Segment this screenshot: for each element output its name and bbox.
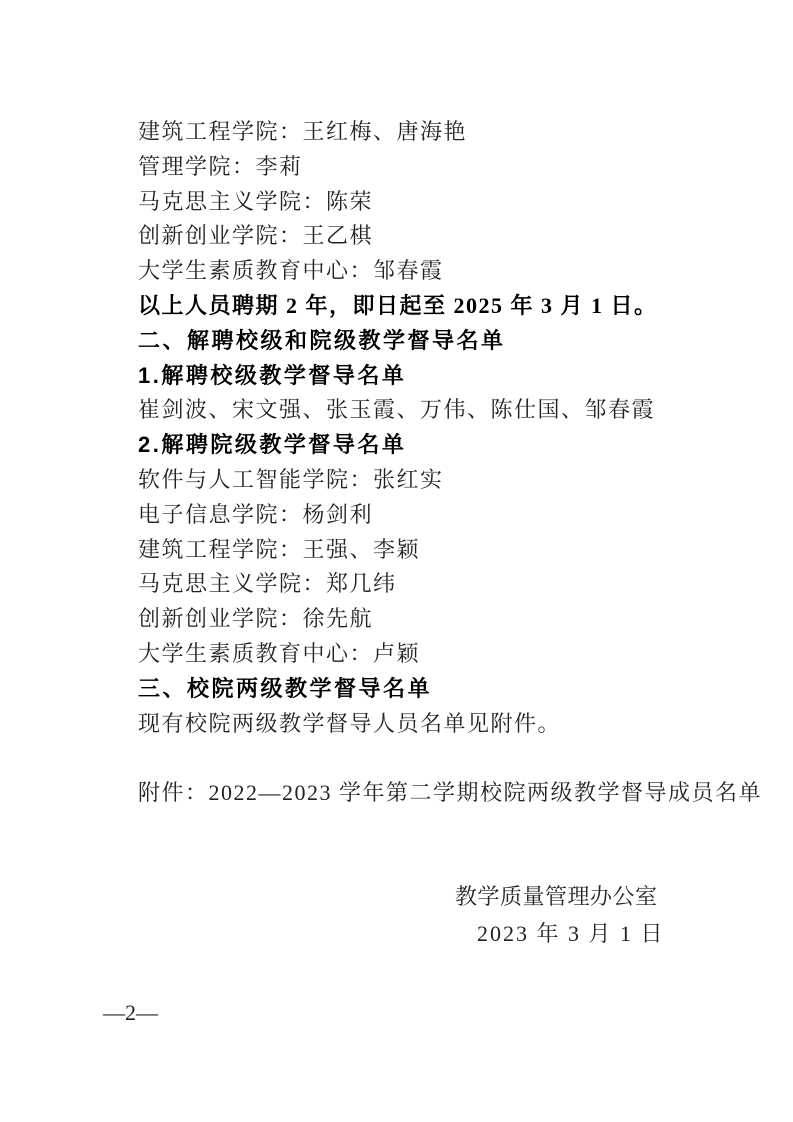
name-list-line: 崔剑波、宋文强、张玉霞、万伟、陈仕国、邹春霞 [138, 393, 738, 428]
department-line: 建筑工程学院：王强、李颖 [138, 533, 738, 568]
signature-office: 教学质量管理办公室 [455, 880, 658, 911]
department-line: 马克思主义学院：陈荣 [138, 185, 738, 220]
section-heading-3: 三、校院两级教学督导名单 [138, 672, 738, 707]
blank-line [138, 741, 738, 776]
attachment-line: 附件：2022—2023 学年第二学期校院两级教学督导成员名单 [138, 776, 738, 811]
department-line: 大学生素质教育中心：卢颖 [138, 637, 738, 672]
reference-line: 现有校院两级教学督导人员名单见附件。 [138, 707, 738, 742]
department-line: 软件与人工智能学院：张红实 [138, 463, 738, 498]
subsection-heading-1: 1.解聘校级教学督导名单 [138, 359, 738, 394]
signature-date: 2023 年 3 月 1 日 [477, 917, 665, 948]
department-line: 创新创业学院：徐先航 [138, 602, 738, 637]
term-statement: 以上人员聘期 2 年，即日起至 2025 年 3 月 1 日。 [138, 289, 738, 324]
subsection-heading-2: 2.解聘院级教学督导名单 [138, 428, 738, 463]
department-line: 马克思主义学院：郑几纬 [138, 567, 738, 602]
department-line: 大学生素质教育中心：邹春霞 [138, 254, 738, 289]
document-body: 建筑工程学院：王红梅、唐海艳 管理学院：李莉 马克思主义学院：陈荣 创新创业学院… [138, 115, 738, 811]
department-line: 电子信息学院：杨剑利 [138, 498, 738, 533]
section-heading-2: 二、解聘校级和院级教学督导名单 [138, 324, 738, 359]
department-line: 创新创业学院：王乙棋 [138, 219, 738, 254]
page-number: —2— [103, 1000, 158, 1026]
department-line: 管理学院：李莉 [138, 150, 738, 185]
document-page: 建筑工程学院：王红梅、唐海艳 管理学院：李莉 马克思主义学院：陈荣 创新创业学院… [0, 0, 793, 1122]
department-line: 建筑工程学院：王红梅、唐海艳 [138, 115, 738, 150]
